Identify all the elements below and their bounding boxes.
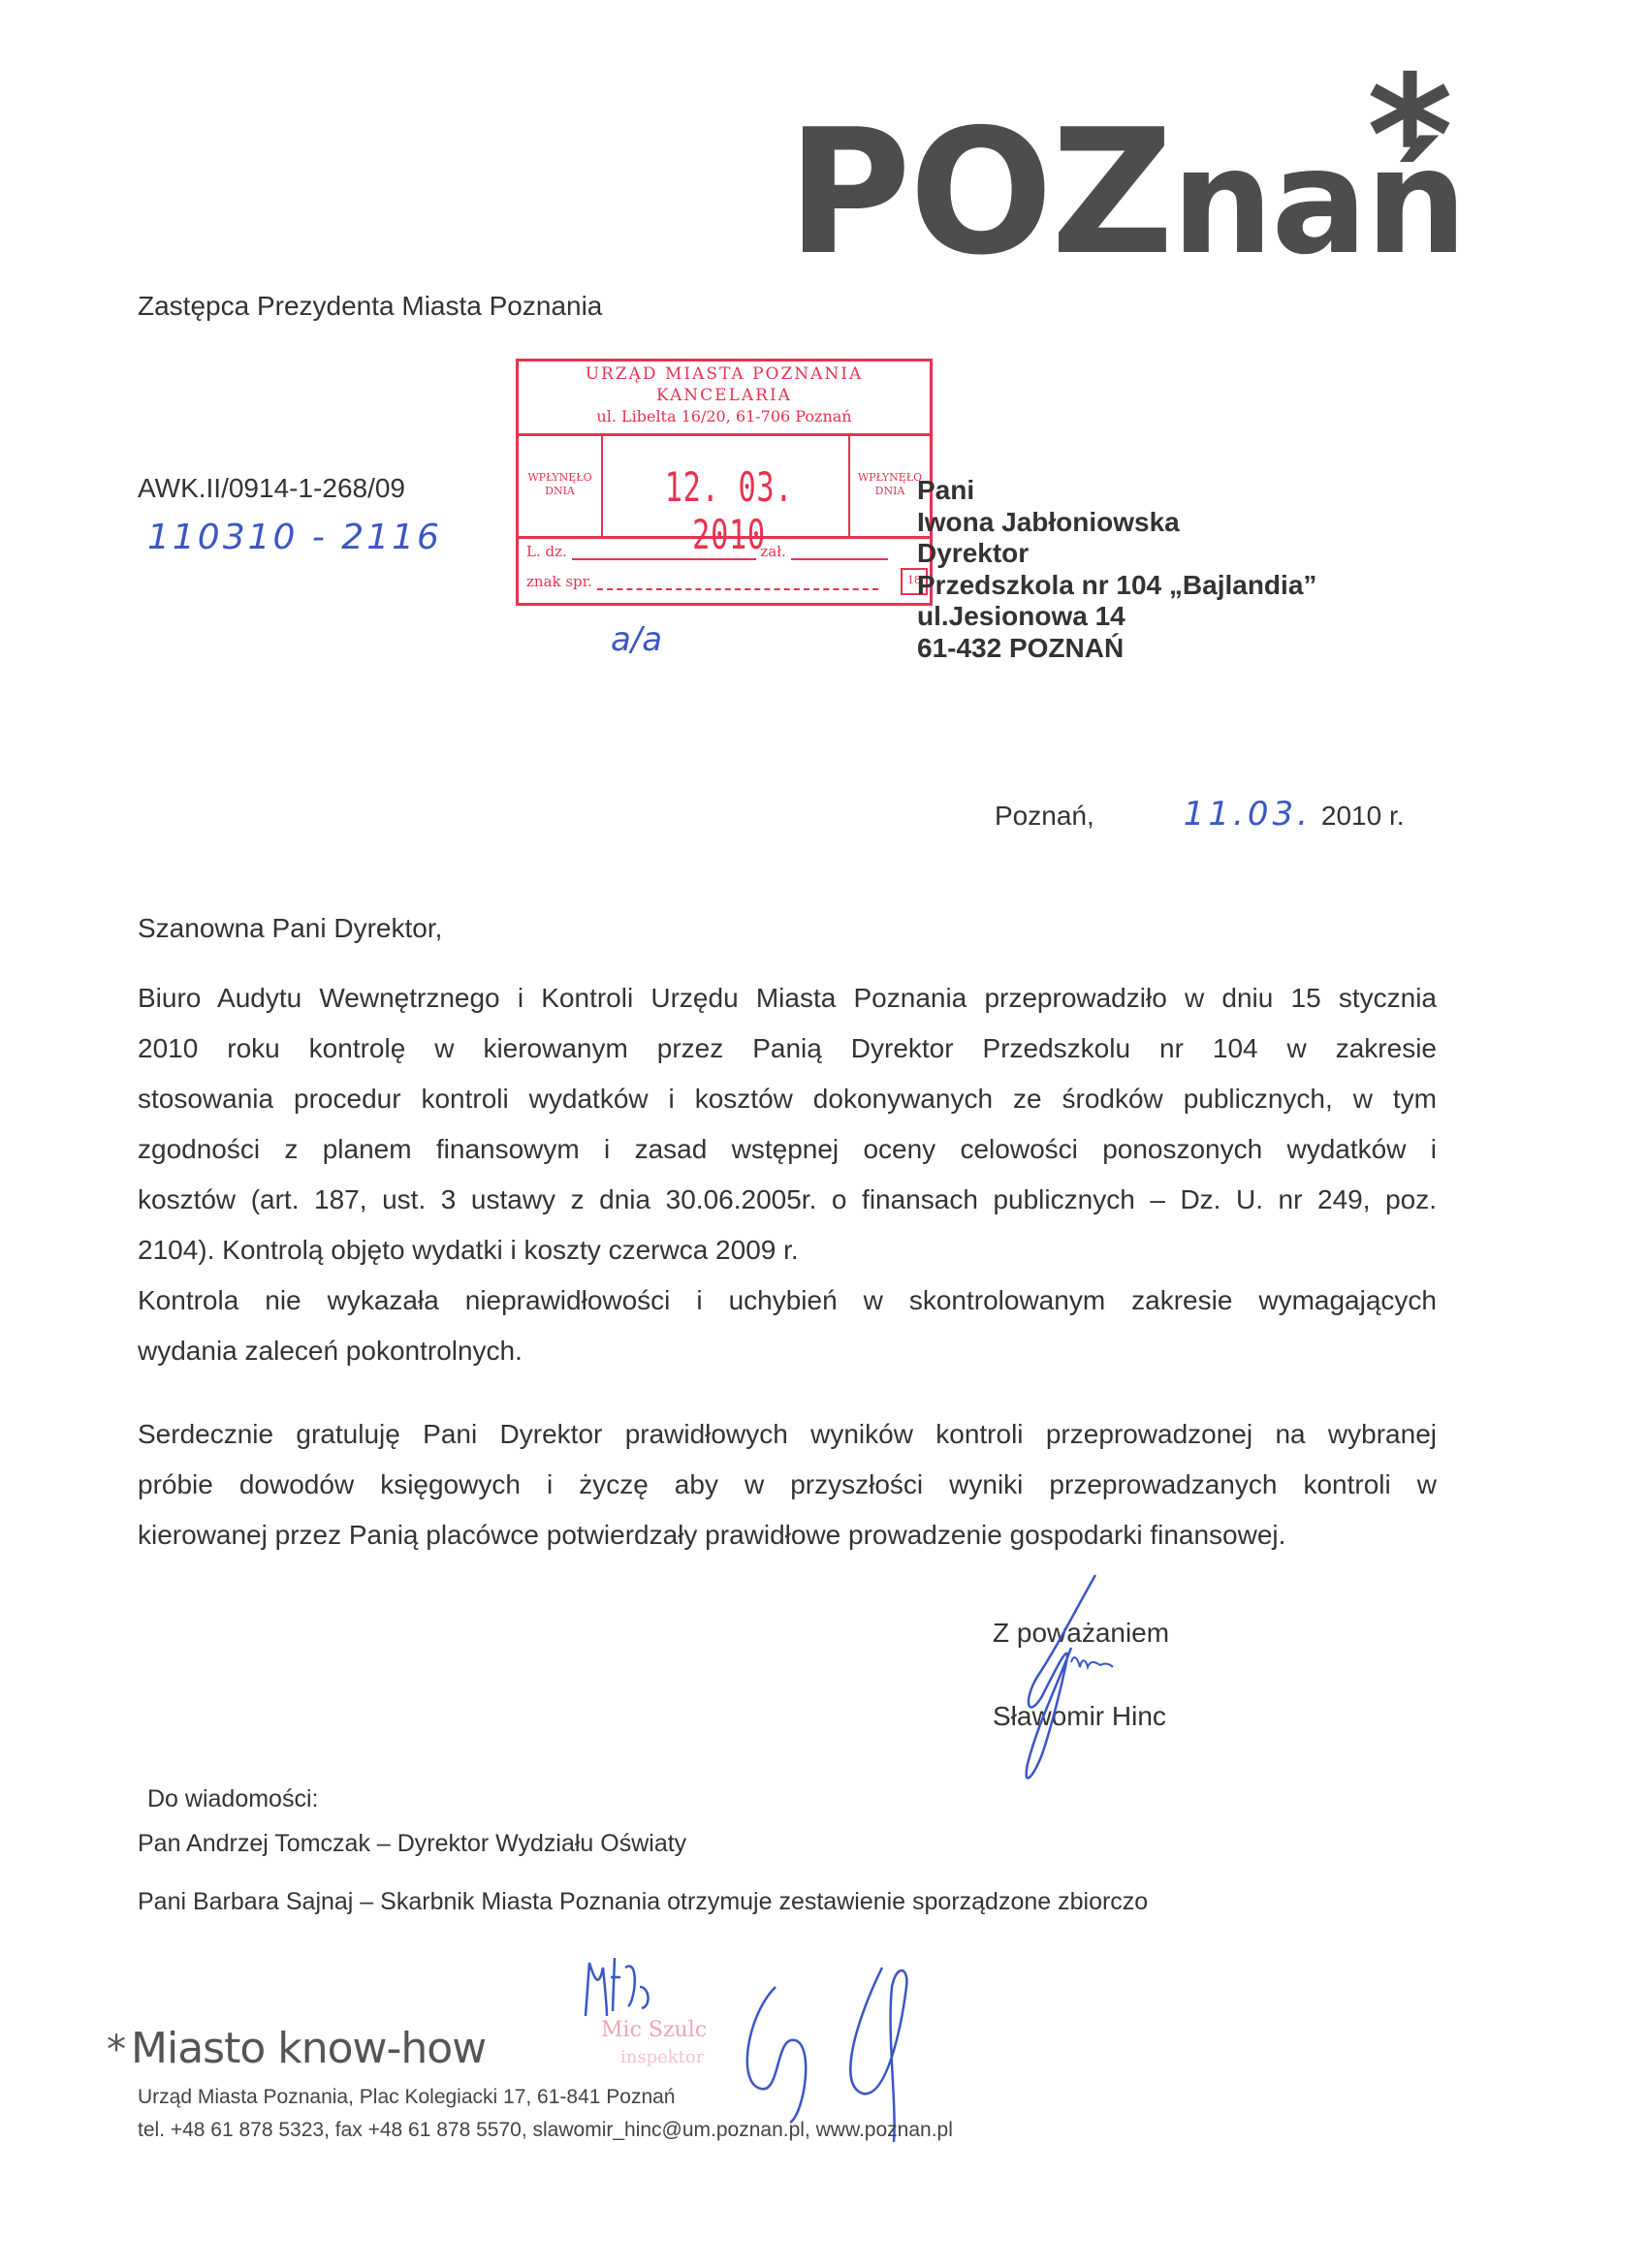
footer-address: Urząd Miasta Poznania, Plac Kolegiacki 1… [138, 2086, 676, 2109]
salutation: Szanowna Pani Dyrektor, [138, 913, 442, 944]
dateline-place: Poznań, [995, 801, 1094, 831]
recipient-line: Pani [917, 475, 1316, 507]
stamp-znak-row: znak spr. [526, 573, 878, 590]
stamp-address: ul. Libelta 16/20, 61-706 Poznań [519, 406, 930, 427]
stamp-label: DNIA [519, 485, 601, 498]
handwritten-number: 110310 - 2116 [147, 518, 442, 557]
stamp-ldz-label: L. dz. [526, 543, 567, 560]
stamp-line [572, 554, 756, 560]
body-line: Biuro Audytu Wewnętrznego i Kontroli Urz… [138, 973, 1437, 1024]
registry-stamp: URZĄD MIASTA POZNANIA KANCELARIA ul. Lib… [516, 359, 933, 606]
recipient-line: ul.Jesionowa 14 [917, 601, 1316, 633]
letter-body-congratulations: Serdecznie gratuluję Pani Dyrektor prawi… [138, 1409, 1437, 1560]
sender-title: Zastępca Prezydenta Miasta Poznania [138, 291, 602, 322]
recipient-line: Dyrektor [917, 538, 1316, 570]
body-line: 2010 roku kontrolę w kierowanym przez Pa… [138, 1024, 1437, 1074]
stamp-received-left: WPŁYNĘŁO DNIA [519, 434, 603, 536]
stamp-line [597, 584, 878, 590]
recipient-line: Przedszkola nr 104 „Bajlandia” [917, 570, 1316, 602]
cc-item: Pani Barbara Sajnaj – Skarbnik Miasta Po… [138, 1888, 1148, 1916]
stamp-department: KANCELARIA [519, 385, 930, 406]
asterisk-icon: * [1367, 54, 1453, 219]
slogan-text: Miasto know-how [131, 2024, 486, 2073]
body-line: Kontrola nie wykazała nieprawidłowości i… [138, 1276, 1437, 1326]
letter-body-main: Biuro Audytu Wewnętrznego i Kontroli Urz… [138, 973, 1437, 1376]
body-line: próbie dowodów księgowych i życzę aby w … [138, 1460, 1437, 1510]
dateline: Poznań,11.03.2010 r. [995, 795, 1405, 834]
dateline-year: 2010 r. [1321, 801, 1405, 831]
body-line: Serdecznie gratuluję Pani Dyrektor prawi… [138, 1409, 1437, 1460]
recipient-line: 61-432 POZNAŃ [917, 633, 1316, 665]
stamp-label: WPŁYNĘŁO [519, 471, 601, 485]
handwritten-date: 11.03. [1184, 795, 1312, 834]
body-line: stosowania procedur kontroli wydatków i … [138, 1074, 1437, 1124]
stamp-header: URZĄD MIASTA POZNANIA KANCELARIA ul. Lib… [519, 362, 930, 436]
cc-heading: Do wiadomości: [147, 1785, 318, 1813]
body-line: wydania zaleceń pokontrolnych. [138, 1326, 1437, 1376]
case-number: AWK.II/0914-1-268/09 [138, 473, 405, 504]
stamp-line [791, 554, 888, 560]
body-line: zgodności z planem finansowym i zasad ws… [138, 1124, 1437, 1175]
logo-wordmark: POZnań [787, 107, 1465, 289]
stamp-zal-label: zał. [760, 543, 785, 560]
recipient-address: Pani Iwona Jabłoniowska Dyrektor Przedsz… [917, 475, 1316, 664]
stamp-znak-label: znak spr. [526, 573, 592, 590]
footer-slogan: *Miasto know-how [107, 2024, 486, 2073]
body-line: kierowanej przez Panią placówce potwierd… [138, 1510, 1437, 1560]
stamp-date-row: WPŁYNĘŁO DNIA 12. 03. 2010 WPŁYNĘŁO DNIA [519, 434, 930, 539]
stamp-ldz-row: L. dz. zał. [526, 543, 888, 560]
handwritten-signature [998, 1570, 1125, 1793]
stamp-office: URZĄD MIASTA POZNANIA [519, 363, 930, 385]
body-line: kosztów (art. 187, ust. 3 ustawy z dnia … [138, 1175, 1437, 1225]
asterisk-icon: * [107, 2028, 125, 2072]
recipient-line: Iwona Jabłoniowska [917, 507, 1316, 539]
footer-contact: tel. +48 61 878 5323, fax +48 61 878 557… [138, 2119, 953, 2142]
cc-item: Pan Andrzej Tomczak – Dyrektor Wydziału … [138, 1830, 686, 1858]
handwritten-note: a/a [611, 620, 662, 659]
handwritten-initials [582, 1948, 1028, 2142]
logo-upper: POZ [787, 92, 1172, 293]
body-line: 2104). Kontrolą objęto wydatki i koszty … [138, 1225, 1437, 1276]
poznan-logo: POZnań * [787, 87, 1456, 271]
